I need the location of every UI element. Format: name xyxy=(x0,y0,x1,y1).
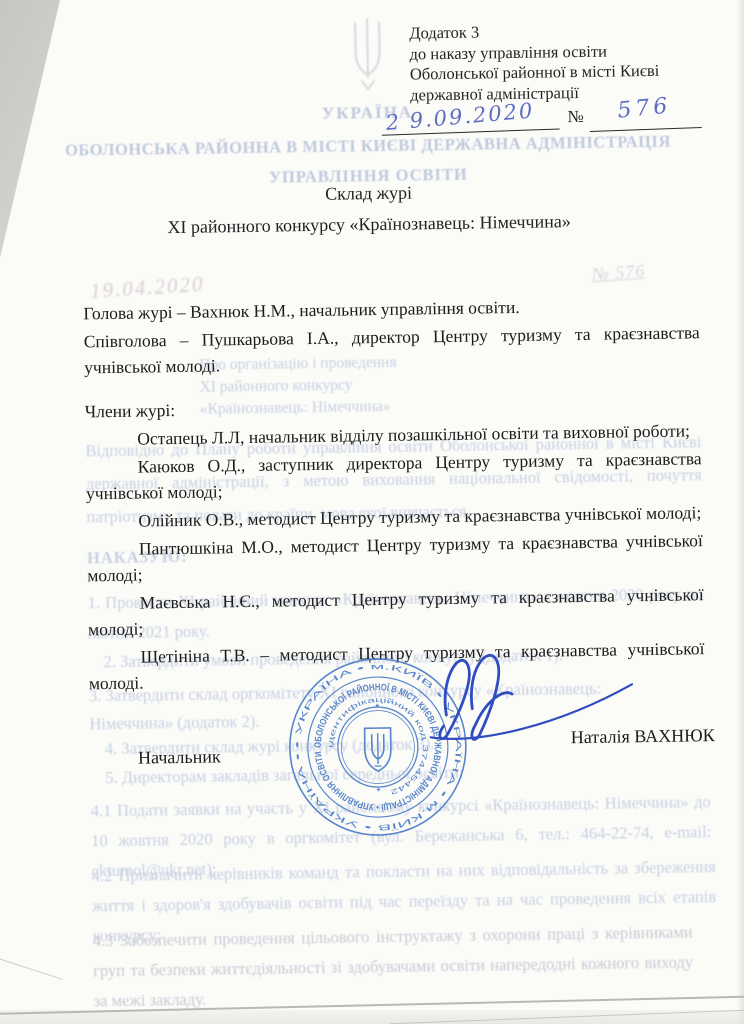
number-underline xyxy=(590,127,702,132)
jury-member: Пантюшкіна М.О., методист Центру туризму… xyxy=(87,527,704,588)
document-subtitle: ХІ районного конкурсу «Країнознавець: Ні… xyxy=(0,209,741,241)
signer-name: Наталія ВАХНЮК xyxy=(545,725,715,749)
seal-star-top: ✦ xyxy=(374,702,380,710)
handwritten-number: 576 xyxy=(616,93,672,123)
bleed-order-number: № 576 xyxy=(591,261,646,286)
appendix-reference: Додаток 3 до наказу управління освіти Об… xyxy=(409,19,720,106)
seal-star-bottom: ✦ xyxy=(375,786,381,794)
order-date-number-line: 2 9.09.2020 № 576 xyxy=(381,99,711,140)
signer-position: Начальник xyxy=(138,746,221,768)
trident-emblem-icon xyxy=(344,15,391,96)
bleed-item: 4.3 Забезпечити проведення цільового інс… xyxy=(92,917,693,1016)
jury-cochair: Співголова – Пушкарьова І.А., директор Ц… xyxy=(84,319,701,380)
scan-right-shadow xyxy=(737,0,744,1024)
jury-member: Каюков О.Д., заступник директора Центру … xyxy=(85,445,702,506)
scanned-document-page: УКРАЇНА ОБОЛОНСЬКА РАЙОННА В МІСТІ КИЄВІ… xyxy=(0,0,744,1024)
jury-member: Маєвська Н.Є., методист Центру туризму т… xyxy=(87,581,704,642)
seal-trident-shield-icon xyxy=(365,728,392,771)
number-sign: № xyxy=(567,107,584,127)
